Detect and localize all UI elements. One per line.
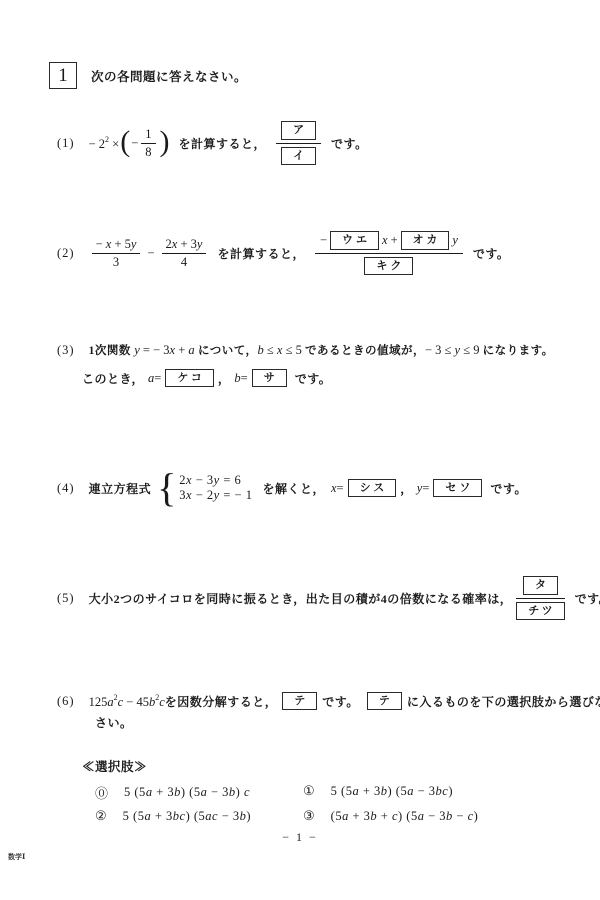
problem-1-expression: − 22 × bbox=[89, 135, 120, 152]
problem-3-statement: 1次関数 y = − 3x + a について，b ≤ x ≤ 5 であるときの値… bbox=[89, 342, 554, 358]
fraction-right: 2x + 3y 4 bbox=[162, 237, 207, 269]
problem-3-tail: です。 bbox=[295, 370, 332, 387]
exam-page: 1 次の各問題に答えなさい。 (1) − 22 × ( − 1 8 ) を計算す… bbox=[0, 0, 600, 900]
minus-sign: − bbox=[147, 246, 154, 261]
choice-formula-3: (5a + 3b + c) (5a − 3b − c) bbox=[331, 809, 479, 824]
var-x: x bbox=[382, 233, 388, 248]
answer-box-chitsu: チツ bbox=[516, 602, 564, 620]
problem-3-label: (3) bbox=[57, 343, 75, 358]
problem-1-text: を計算すると， bbox=[179, 135, 267, 152]
problem-5-text: 大小2つのサイコロを同時に振るとき，出た目の積が4の倍数になる確率は， bbox=[89, 590, 513, 607]
section-header: 1 次の各問題に答えなさい。 bbox=[49, 62, 247, 89]
page-number: − 1 − bbox=[0, 830, 600, 845]
fraction-1-8: 1 8 bbox=[141, 127, 155, 159]
problem-1: (1) − 22 × ( − 1 8 ) を計算すると， ア イ です。 bbox=[57, 119, 368, 167]
answer-box-te-2: テ bbox=[367, 692, 402, 710]
problem-4-label: (4) bbox=[57, 481, 75, 496]
inner-minus: − bbox=[131, 136, 138, 151]
choice-formula-1: 5 (5a + 3b) (5a − 3bc) bbox=[331, 784, 453, 799]
equation-top: 2x − 3y = 6 bbox=[179, 473, 252, 488]
problem-6-line2: さい。 bbox=[95, 714, 133, 732]
answer-minus: − bbox=[320, 233, 327, 248]
comma: ， bbox=[400, 480, 413, 497]
problem-5-tail: です。 bbox=[575, 590, 600, 607]
answer-box-keko: ケコ bbox=[165, 369, 214, 387]
problem-6-text1: を因数分解すると， bbox=[165, 693, 278, 710]
equation-bottom: 3x − 2y = − 1 bbox=[179, 488, 252, 503]
problem-6-label: (6) bbox=[57, 694, 75, 709]
choice-item-1: ① 5 (5a + 3b) (5a − 3bc) bbox=[303, 783, 453, 799]
problem-4-text2: を解くと， bbox=[262, 480, 325, 497]
problem-2-text: を計算すると， bbox=[217, 245, 305, 262]
answer-box-oka: オカ bbox=[401, 231, 450, 249]
answer-fraction-2: − ウエ x + オカ y キク bbox=[315, 231, 463, 274]
answer-box-ta: タ bbox=[523, 576, 558, 594]
answer-box-seso: セソ bbox=[433, 479, 482, 497]
answer-box-ue: ウエ bbox=[330, 231, 379, 249]
answer-box-i: イ bbox=[281, 147, 316, 165]
choice-item-3: ③ (5a + 3b + c) (5a − 3b − c) bbox=[303, 808, 478, 824]
problem-6-text4: さい。 bbox=[95, 716, 133, 730]
problem-3-text2: このとき， bbox=[82, 370, 144, 387]
close-paren: ) bbox=[160, 127, 170, 157]
choice-mark-2: ② bbox=[95, 808, 107, 824]
open-paren: ( bbox=[120, 127, 130, 157]
problem-1-tail: です。 bbox=[331, 135, 368, 152]
equals-2: = bbox=[241, 371, 248, 386]
problem-6-text2: です。 bbox=[322, 693, 359, 710]
answer-box-shisu: シス bbox=[348, 479, 397, 497]
answer-box-te-1: テ bbox=[282, 692, 317, 710]
fraction-left: − x + 5y 3 bbox=[92, 237, 141, 269]
problem-2-tail: です。 bbox=[473, 245, 510, 262]
problem-3-line2: このとき， a = ケコ ， b = サ です。 bbox=[82, 366, 331, 390]
footer-subject-label: 数学Ⅰ bbox=[8, 852, 25, 862]
choice-item-2: ② 5 (5a + 3bc) (5ac − 3b) bbox=[95, 808, 251, 824]
problem-6-line1: (6) 125a2c − 45b2c を因数分解すると， テ です。 テ に入る… bbox=[57, 689, 600, 713]
choices-header: ≪選択肢≫ bbox=[82, 757, 147, 776]
section-number-box: 1 bbox=[49, 62, 77, 89]
problem-2-label: (2) bbox=[57, 246, 75, 261]
problem-4-tail: です。 bbox=[490, 480, 527, 497]
plus-sign: + bbox=[391, 233, 398, 248]
comma: ， bbox=[218, 370, 231, 387]
var-y: y bbox=[452, 233, 458, 248]
equation-system: 2x − 3y = 6 3x − 2y = − 1 bbox=[179, 473, 252, 503]
problem-5-label: (5) bbox=[57, 591, 75, 606]
choice-mark-3: ③ bbox=[303, 808, 315, 824]
problem-3-line1: (3) 1次関数 y = − 3x + a について，b ≤ x ≤ 5 である… bbox=[57, 342, 554, 358]
problem-1-label: (1) bbox=[57, 136, 75, 151]
problem-4-text1: 連立方程式 bbox=[89, 480, 152, 497]
equals-1: = bbox=[337, 481, 344, 496]
system-brace: { bbox=[157, 470, 176, 506]
answer-box-sa: サ bbox=[252, 369, 287, 387]
equals-1: = bbox=[154, 371, 161, 386]
choice-formula-2: 5 (5a + 3bc) (5ac − 3b) bbox=[123, 809, 251, 824]
choice-mark-0: ⓪ bbox=[95, 783, 108, 802]
problem-2: (2) − x + 5y 3 − 2x + 3y 4 を計算すると， − ウエ … bbox=[57, 228, 509, 278]
choice-formula-0: 5 (5a + 3b) (5a − 3b) c bbox=[124, 785, 250, 800]
choice-item-0: ⓪ 5 (5a + 3b) (5a − 3b) c bbox=[95, 783, 250, 802]
answer-box-a: ア bbox=[281, 121, 316, 139]
problem-5: (5) 大小2つのサイコロを同時に振るとき，出た目の積が4の倍数になる確率は， … bbox=[57, 573, 600, 623]
section-instruction: 次の各問題に答えなさい。 bbox=[91, 67, 247, 85]
answer-fraction-a-i: ア イ bbox=[276, 121, 321, 164]
choice-mark-1: ① bbox=[303, 783, 315, 799]
problem-6-expression: 125a2c − 45b2c bbox=[89, 693, 165, 710]
equals-2: = bbox=[422, 481, 429, 496]
problem-6-text3: に入るものを下の選択肢から選びな bbox=[407, 693, 600, 710]
problem-4: (4) 連立方程式 { 2x − 3y = 6 3x − 2y = − 1 を解… bbox=[57, 463, 527, 513]
answer-fraction-5: タ チツ bbox=[516, 576, 564, 619]
answer-box-kiku: キク bbox=[364, 257, 413, 275]
